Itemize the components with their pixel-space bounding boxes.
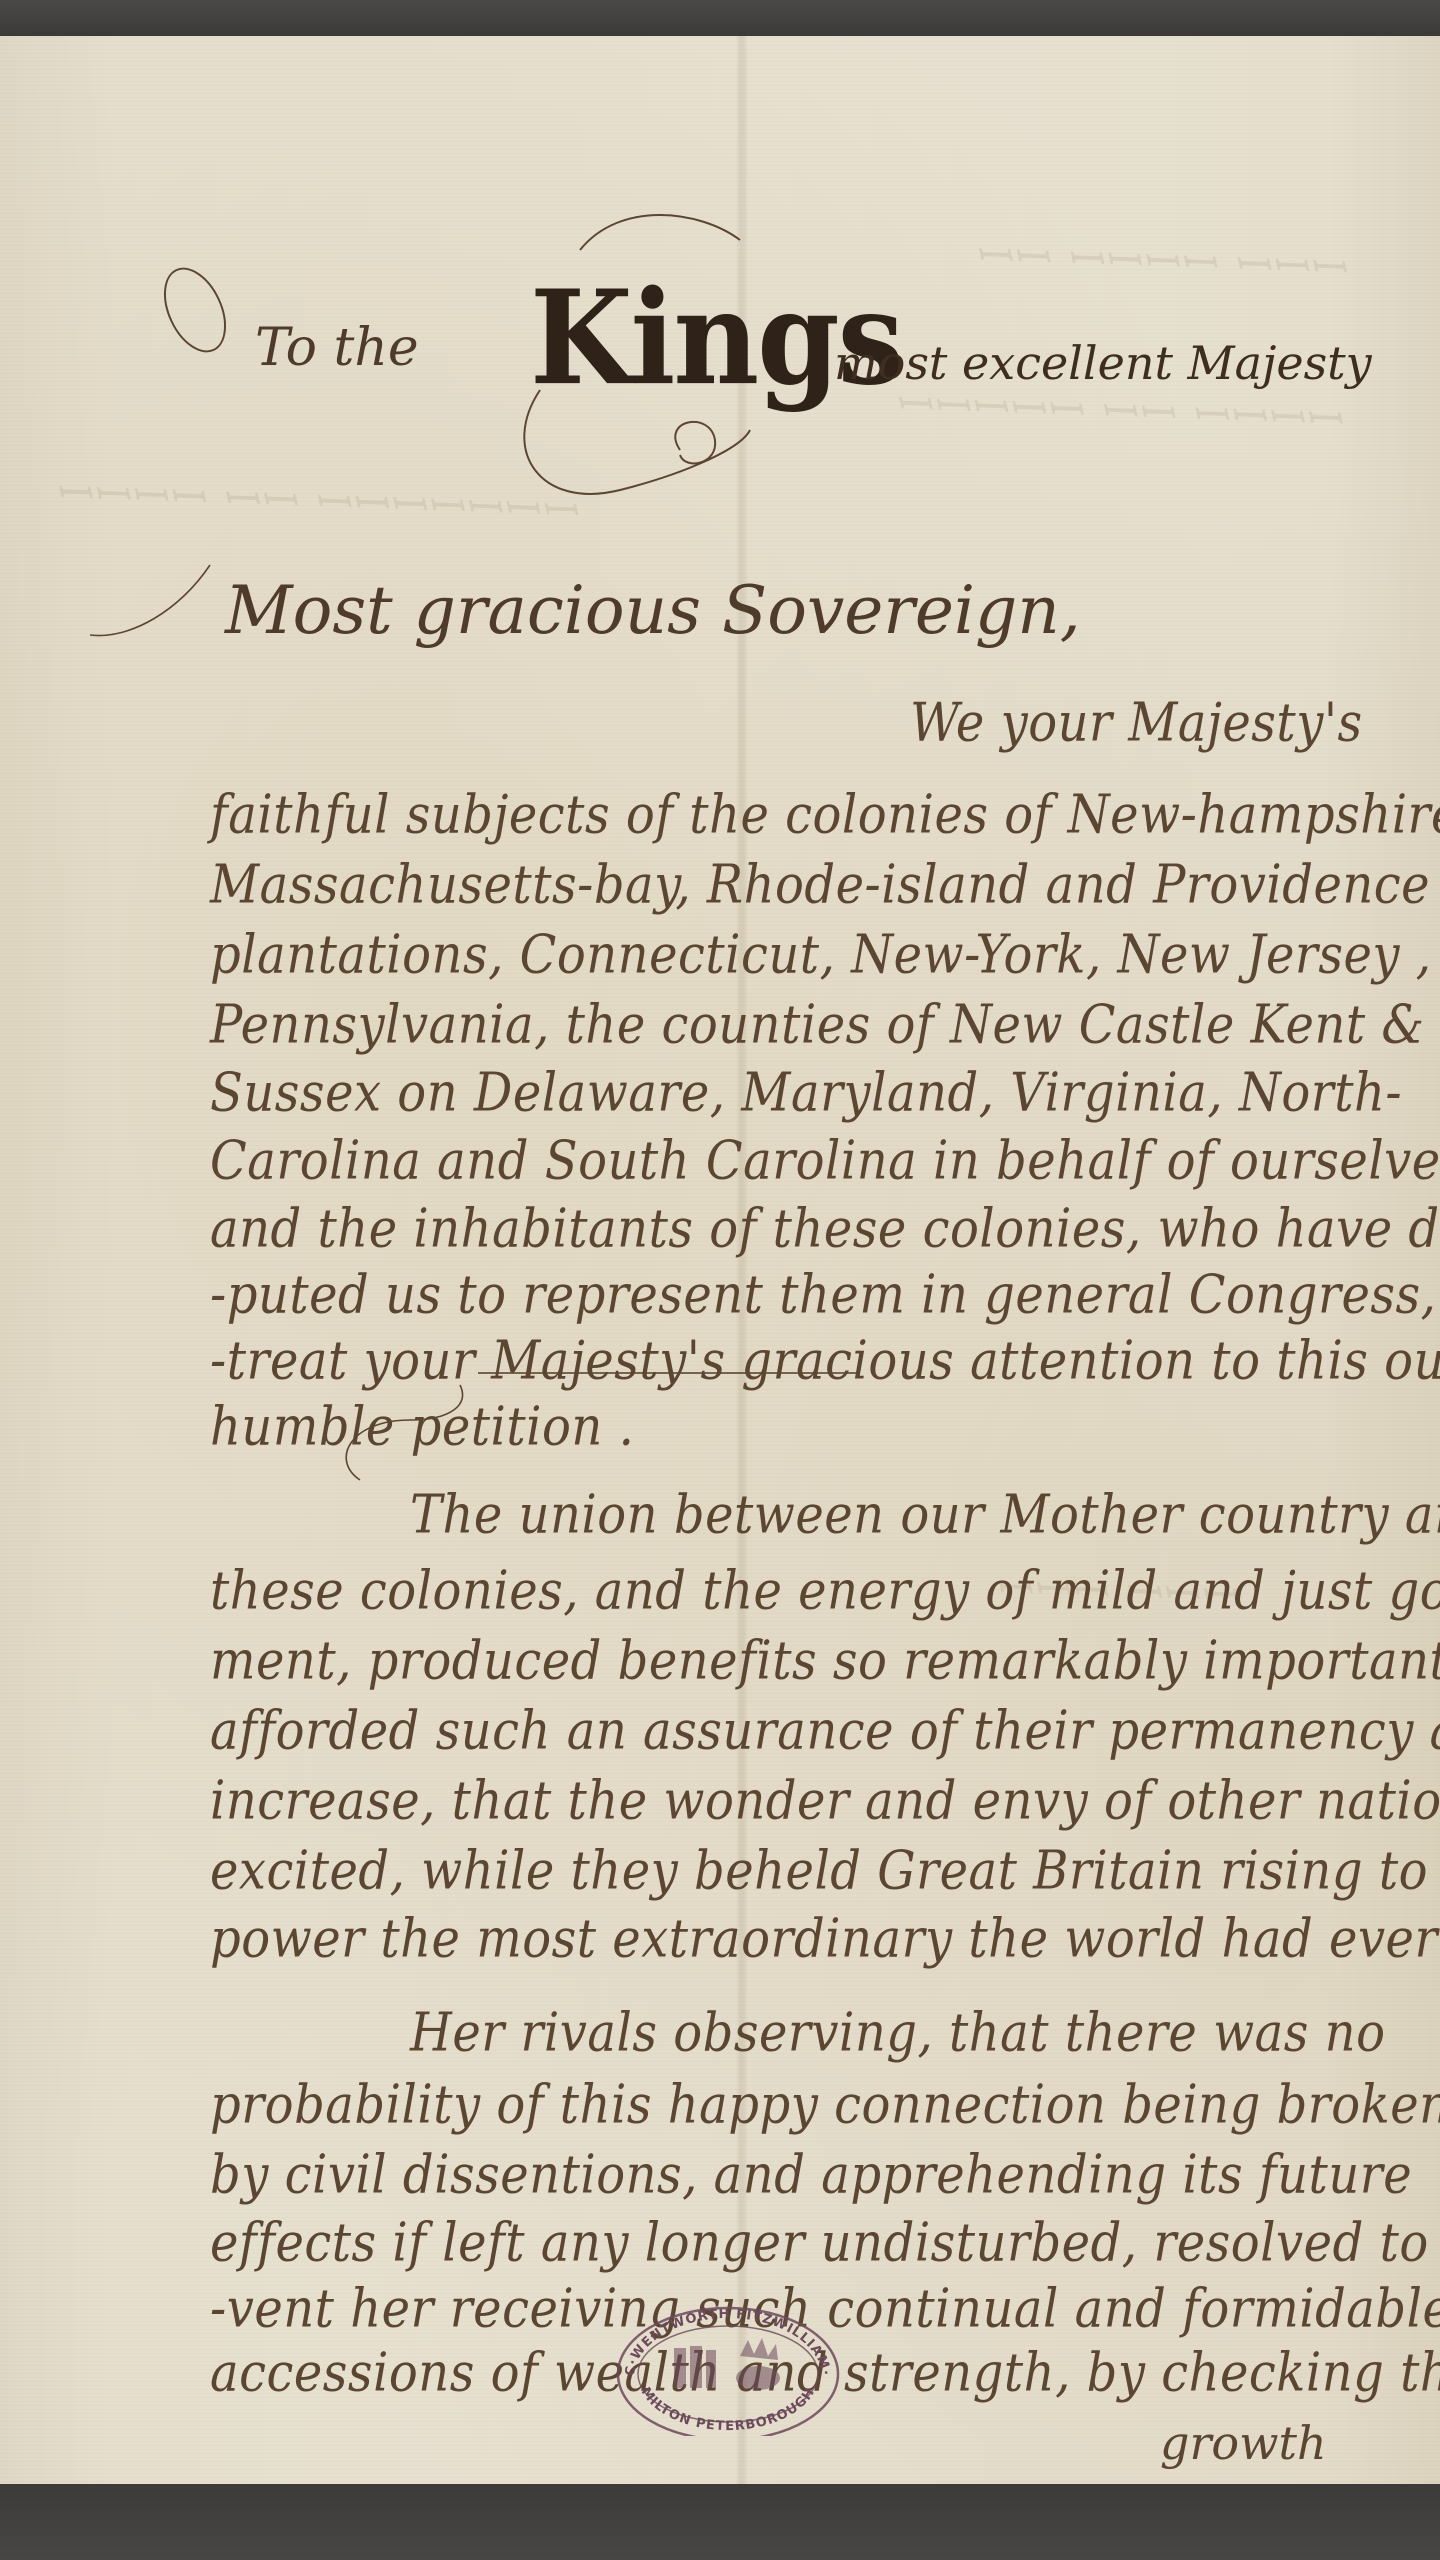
paragraph-1-line-6: Sussex on Delaware, Maryland, Virginia, … — [210, 1061, 1402, 1124]
paragraph-2-line-2: these colonies, and the energy of mild a… — [210, 1559, 1440, 1622]
paragraph-3-line-3: by civil dissentions, and apprehending i… — [210, 2143, 1412, 2206]
paragraph-3-line-2: probability of this happy connection bei… — [210, 2073, 1440, 2136]
paragraph-2-line-5: increase, that the wonder and envy of ot… — [210, 1769, 1440, 1832]
scan-background-bottom — [0, 2484, 1440, 2560]
stamp-crest-icon — [674, 2338, 780, 2390]
paragraph-2-line-4: afforded such an assurance of their perm… — [210, 1699, 1440, 1762]
paragraph-1-line-1: We your Majesty's — [910, 691, 1363, 754]
paragraph-1-line-4: plantations, Connecticut, New-York, New … — [210, 923, 1432, 986]
paragraph-1-line-9: -puted us to represent them in general C… — [210, 1263, 1440, 1326]
address-to-the: To the — [255, 318, 419, 378]
scan-background-top — [0, 0, 1440, 38]
paragraph-3-line-1: Her rivals observing, that there was no — [410, 2001, 1385, 2064]
paragraph-2-line-6: excited, while they beheld Great Britain… — [210, 1839, 1440, 1902]
svg-text:MILTON PETERBOROUGH: MILTON PETERBOROUGH — [638, 2385, 819, 2434]
address-most-excellent-majesty: most excellent Majesty — [834, 336, 1372, 390]
strikethrough-gracious — [478, 1372, 858, 1374]
paragraph-1-line-3: Massachusetts-bay, Rhode-island and Prov… — [210, 853, 1430, 916]
paragraph-1-line-5: Pennsylvania, the counties of New Castle… — [210, 993, 1425, 1056]
paragraph-1-line-8: and the inhabitants of these colonies, w… — [210, 1197, 1440, 1260]
paragraph-1-line-10: -treat your Majesty's gracious attention… — [210, 1329, 1440, 1392]
paragraph-3-line-4: effects if left any longer undisturbed, … — [210, 2211, 1440, 2274]
paragraph-2-line-3: ment, produced benefits so remarkably im… — [210, 1629, 1440, 1692]
salutation: Most gracious Sovereign, — [225, 572, 1081, 649]
paragraph-1-line-2: faithful subjects of the colonies of New… — [210, 783, 1440, 846]
paragraph-2-line-7: power the most extraordinary the world h… — [210, 1907, 1440, 1970]
paragraph-1-line-11: humble petition . — [210, 1395, 634, 1458]
stamp-top-text: C·WENTWORTH FITZWILLIAM· — [623, 2307, 833, 2377]
stamp-bottom-text: MILTON PETERBOROUGH — [638, 2385, 819, 2434]
catchword: growth — [1160, 2416, 1327, 2470]
svg-text:C·WENTWORTH FITZWILLIAM·: C·WENTWORTH FITZWILLIAM· — [623, 2307, 833, 2377]
paragraph-2-line-1: The union between our Mother country and — [410, 1483, 1440, 1546]
wentworth-fitzwilliam-stamp: C·WENTWORTH FITZWILLIAM· MILTON PETERBOR… — [612, 2296, 844, 2436]
paragraph-1-line-7: Carolina and South Carolina in behalf of… — [210, 1129, 1440, 1192]
